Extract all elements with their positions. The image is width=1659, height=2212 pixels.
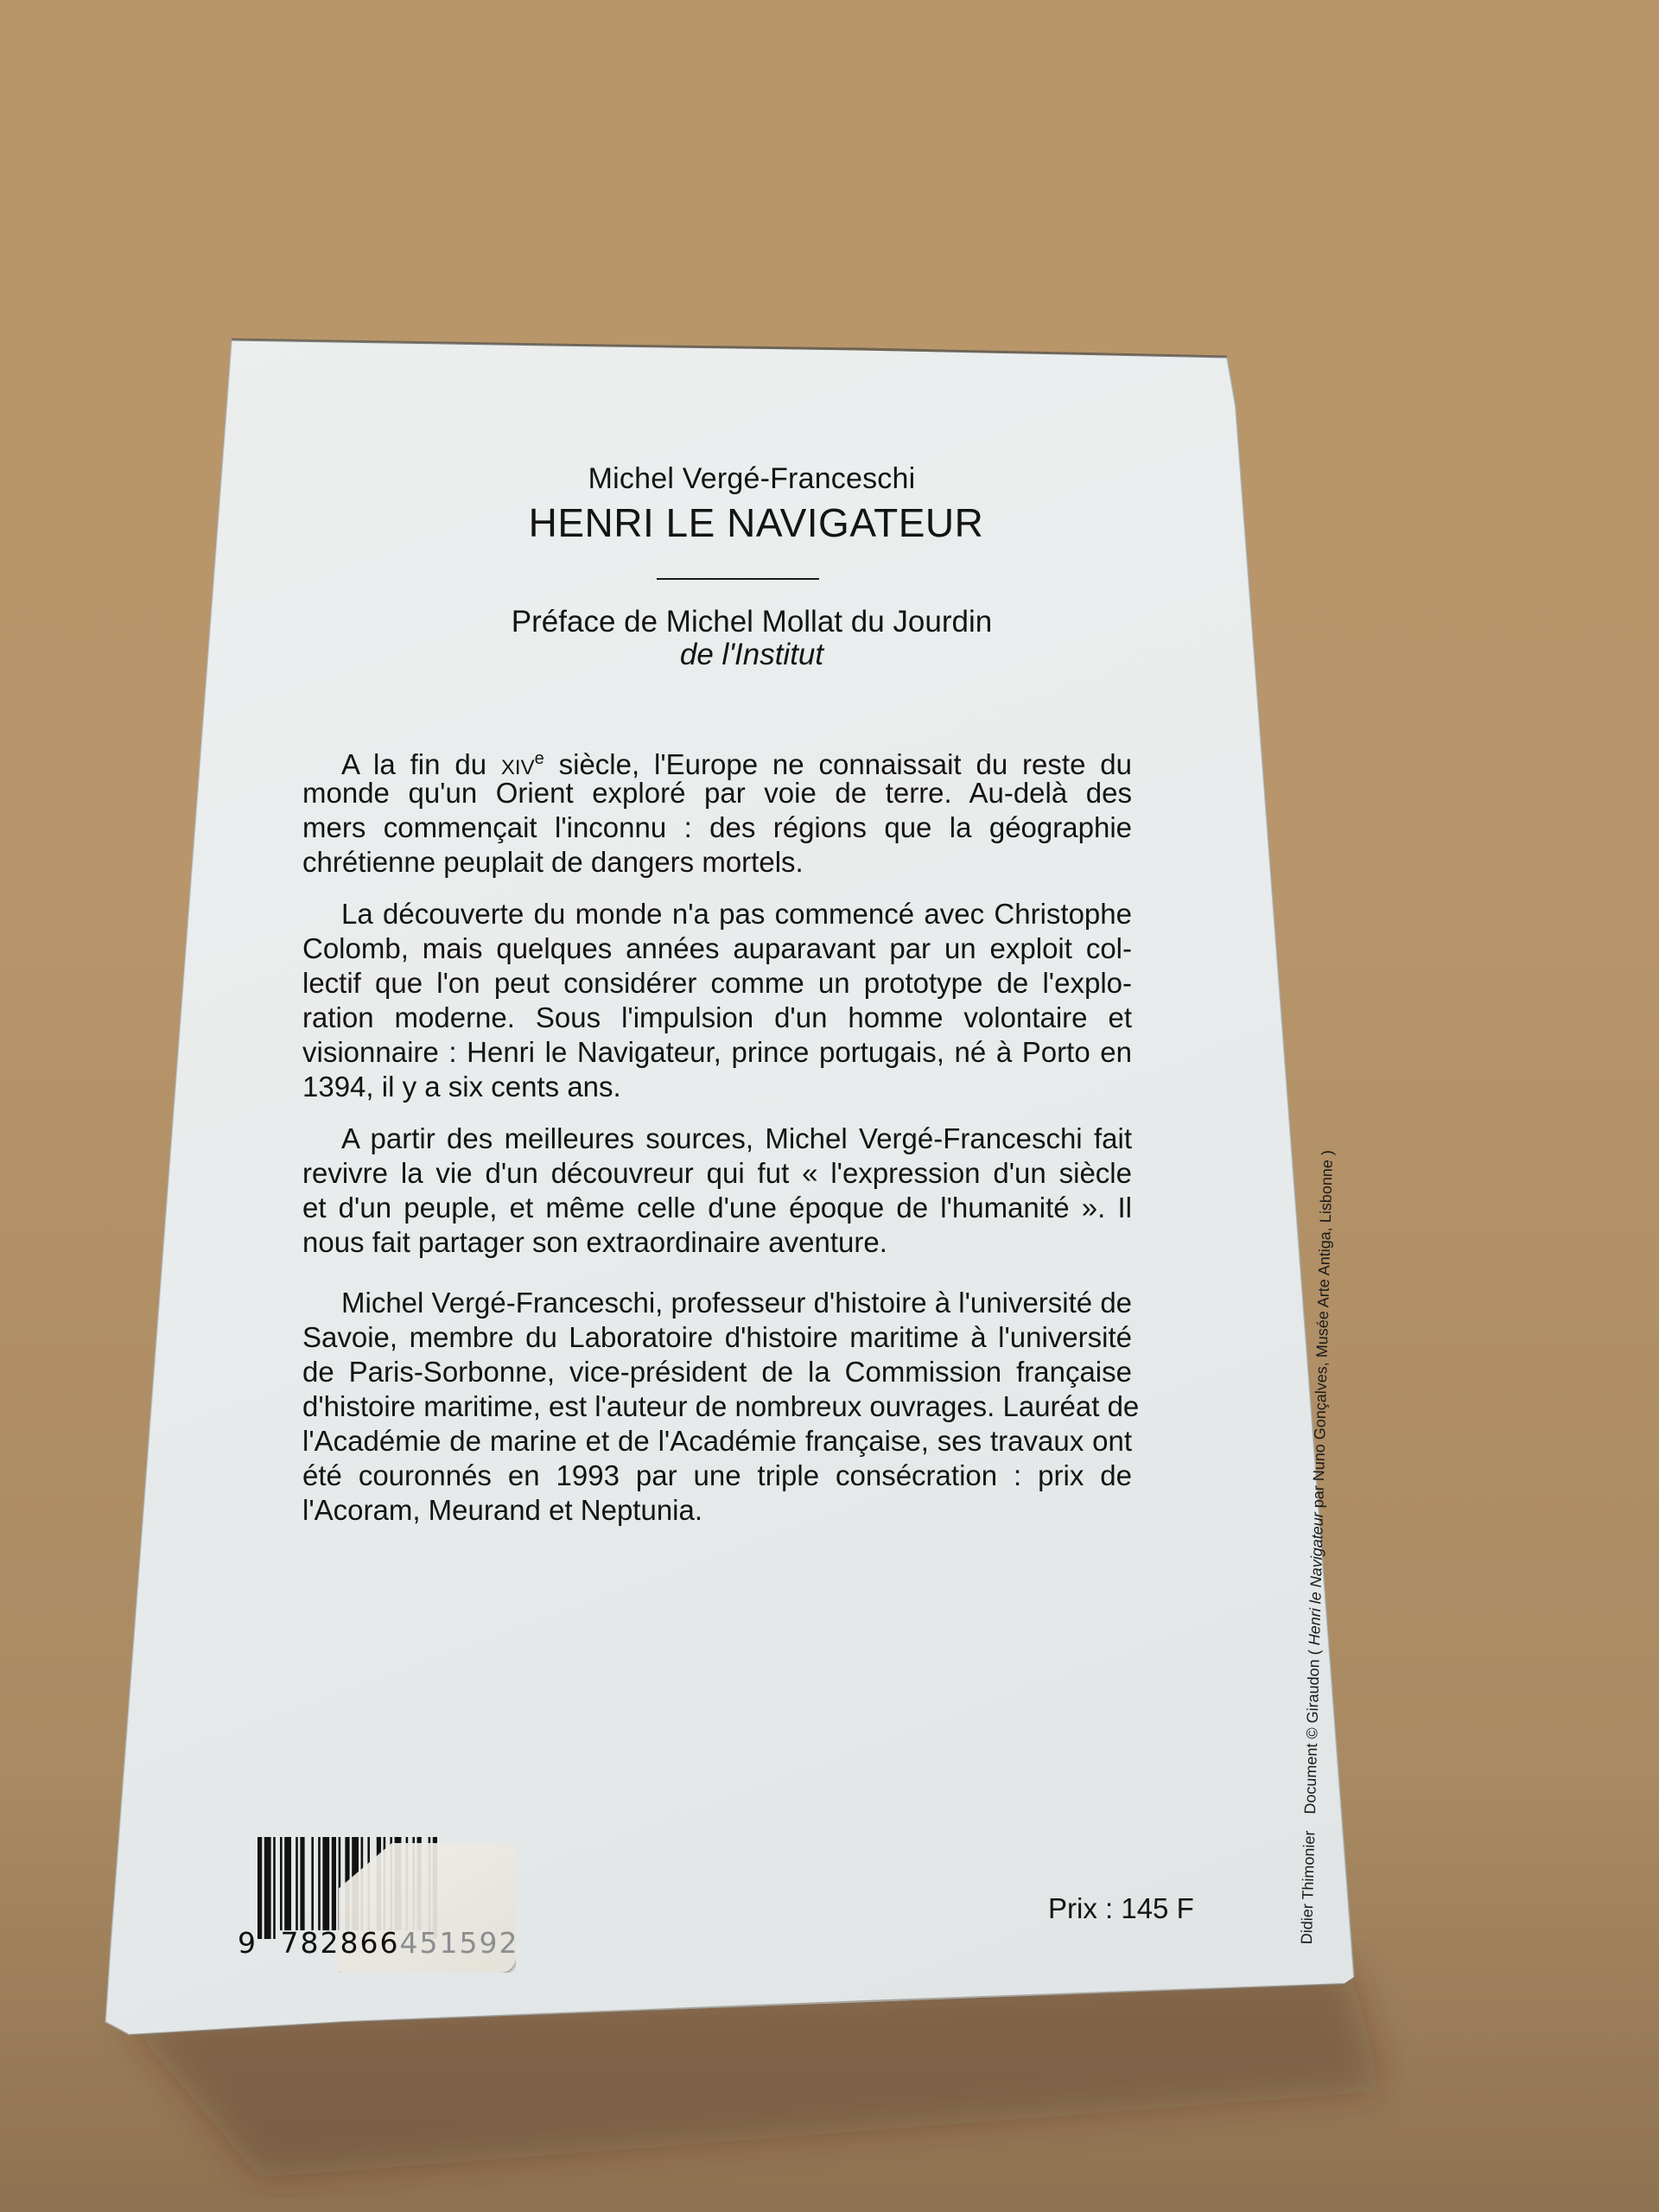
isbn-lead-digit: 9 <box>238 1926 257 1960</box>
blurb-line: l'Acoram, Meurand et Neptunia. <box>302 1493 1132 1528</box>
blurb-line: et d'un peuple, et même celle d'une époq… <box>302 1191 1132 1225</box>
preface-credit: Préface de Michel Mollat du Jourdin <box>441 605 1063 639</box>
blurb-line: La découverte du monde n'a pas commencé … <box>341 897 1132 931</box>
blurb-line: lectif que l'on peut considérer comme un… <box>302 966 1132 1001</box>
credit-source: par Nuno Gonçalves, Musée Arte Antiga, L… <box>1309 1150 1336 1509</box>
blurb-line: d'histoire maritime, est l'auteur de nom… <box>302 1389 1132 1424</box>
cover-content: Michel Vergé-Franceschi HENRI LE NAVIGAT… <box>0 0 1659 2212</box>
blurb-line: mers commençait l'inconnu : des régions … <box>302 810 1132 845</box>
blurb-line: monde qu'un Orient exploré par voie de t… <box>302 776 1132 810</box>
credit-artwork-title: Henri le Navigateur <box>1306 1512 1326 1646</box>
blurb-line: nous fait partager son extraordinaire av… <box>302 1225 1132 1260</box>
blurb-line: 1394, il y a six cents ans. <box>302 1070 1132 1104</box>
century-suffix: e <box>535 749 544 768</box>
isbn-group-1: 782866 <box>281 1926 400 1960</box>
blurb-line: Michel Vergé-Franceschi, professeur d'hi… <box>341 1286 1132 1320</box>
author-name: Michel Vergé-Franceschi <box>510 462 994 496</box>
blurb-line: Colomb, mais quelques années auparavant … <box>302 931 1132 966</box>
isbn-digits: 9 782866451592 <box>238 1926 518 1960</box>
blurb-line: chrétienne peuplait de dangers mortels. <box>302 845 1132 880</box>
photo-credit: Didier Thimonier Document © Giraudon ( H… <box>1298 1150 1337 1945</box>
blurb-line: été couronnés en 1993 par une triple con… <box>302 1459 1132 1493</box>
preface-affiliation: de l'Institut <box>518 638 985 672</box>
blurb-line: ration moderne. Sous l'impulsion d'un ho… <box>302 1001 1132 1035</box>
blurb-line: A partir des meilleures sources, Michel … <box>341 1122 1132 1156</box>
price-label: Prix : 145 F <box>1048 1892 1194 1925</box>
blurb-line: Savoie, membre du Laboratoire d'histoire… <box>302 1320 1132 1355</box>
credit-document: Document © Giraudon ( <box>1301 1649 1323 1815</box>
blurb-line: visionnaire : Henri le Navigateur, princ… <box>302 1035 1132 1070</box>
blurb-line: de Paris-Sorbonne, vice-président de la … <box>302 1355 1132 1389</box>
isbn-group-2: 451592 <box>399 1926 518 1960</box>
book-title: HENRI LE NAVIGATEUR <box>484 499 1028 546</box>
blurb-line: l'Académie de marine et de l'Académie fr… <box>302 1424 1132 1459</box>
blurb-line: revivre la vie d'un découvreur qui fut «… <box>302 1156 1132 1191</box>
title-divider <box>657 578 819 580</box>
credit-designer: Didier Thimonier <box>1298 1830 1318 1944</box>
